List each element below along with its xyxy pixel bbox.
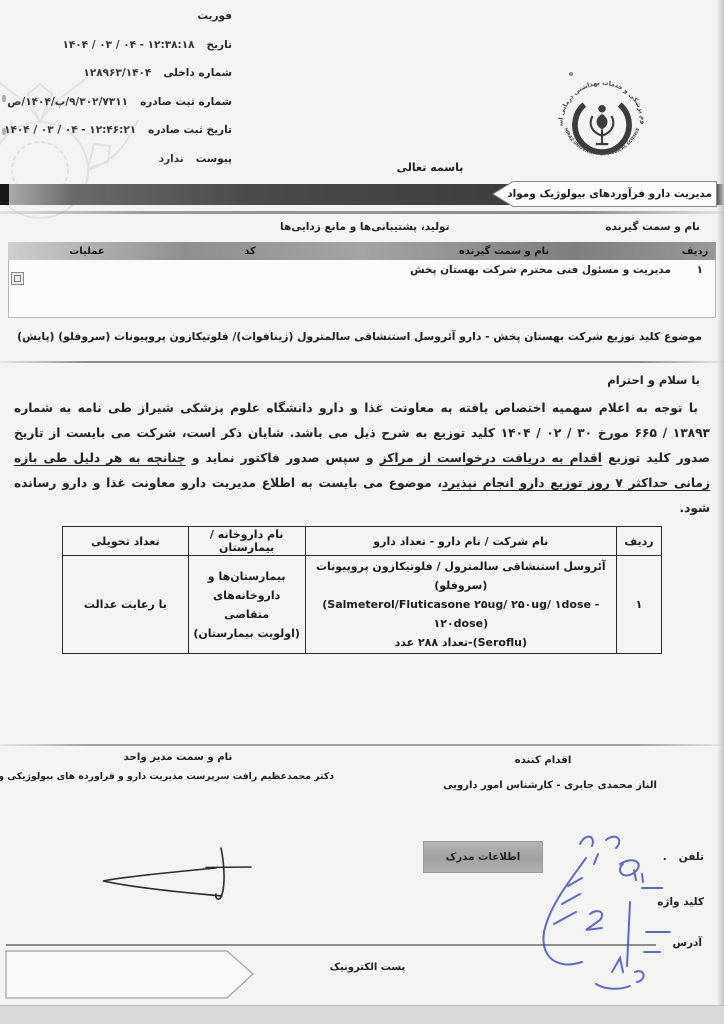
basmala-text: باسمه تعالی xyxy=(380,161,480,174)
drug-table-header-row: ردیف نام شرکت / نام دارو - تعداد دارو نا… xyxy=(63,527,662,556)
drug-col-pharmacy: نام داروخانه / بیمارستان xyxy=(188,527,305,556)
banner-underline xyxy=(0,211,724,214)
recipient-table: ردیف نام و سمت گیرنده کد عملیات ۱ مدیریت… xyxy=(8,242,716,318)
subject-line: موضوع کلید توزیع شرکت بهستان پخش - دارو … xyxy=(17,330,702,343)
email-label: پست الکترونیک xyxy=(325,962,410,973)
pharmacy-line-2: داروخانه‌های متقاضی xyxy=(190,586,304,624)
reg-no-value: ۹/۳۰۲/۷۳۱۱/پ/۱۴۰۴/ص xyxy=(7,96,128,108)
internal-no-value: ۱۲۸۹۶۳/۱۴۰۴ xyxy=(83,67,151,79)
attachment-label: پیوست xyxy=(196,153,232,165)
recipient-table-header: ردیف نام و سمت گیرنده کد عملیات xyxy=(8,242,716,260)
letter-meta-block: فوریت تاریخ ۱۴۰۴ / ۰۳ / ۰۴ - ۱۲:۳۸:۱۸ شم… xyxy=(14,2,232,173)
reg-date-value: ۱۴۰۴ / ۰۳ / ۰۴ - ۱۲:۴۶:۲۱ xyxy=(4,124,136,136)
department-banner: مدیریت دارو فرآوردهای بیولوژیک ومواد xyxy=(492,180,718,208)
phone-label: تلفن xyxy=(679,851,704,863)
university-seal-icon: دانشگاه علوم پزشکی و خدمات بهداشتی درمان… xyxy=(550,64,654,168)
document-info-button[interactable]: اطلاعات مدرک xyxy=(423,841,543,873)
attachment-value: ندارد xyxy=(159,153,184,165)
banner-left-notch xyxy=(0,184,9,205)
drug-distribution-table: ردیف نام شرکت / نام دارو - تعداد دارو نا… xyxy=(62,526,662,654)
university-seal: دانشگاه علوم پزشکی و خدمات بهداشتی درمان… xyxy=(550,64,654,168)
recipient-section-label: نام و سمت گیرنده xyxy=(605,221,700,233)
body-seg-2-underlined: اقدام به دریافت درخواست از مراکز xyxy=(380,451,602,465)
manager-label: نام و سمت مدیر واحد xyxy=(28,752,328,763)
meta-row-date: تاریخ ۱۴۰۴ / ۰۳ / ۰۴ - ۱۲:۳۸:۱۸ xyxy=(14,31,232,60)
row-action-checkbox-icon[interactable] xyxy=(11,272,24,285)
scan-speck xyxy=(2,128,6,135)
meta-row-attachment: پیوست ندارد xyxy=(14,145,232,174)
body-seg-3: و سپس صدور فاکتور نماید و xyxy=(186,451,380,465)
col-row-number: ردیف xyxy=(674,246,716,257)
body-paragraph: با توجه به اعلام سهمیه اختصاص یافته به م… xyxy=(14,396,710,521)
date-value: ۱۴۰۴ / ۰۳ / ۰۴ - ۱۲:۳۸:۱۸ xyxy=(62,39,194,51)
scan-edge-right xyxy=(717,0,724,1024)
drug-col-company-drug: نام شرکت / نام دارو - تعداد دارو xyxy=(305,527,616,556)
drug-row-number: ۱ xyxy=(617,556,662,654)
internal-no-label: شماره داخلی xyxy=(163,67,232,79)
executor-name: الناز محمدی جابری - کارشناس امور دارویی xyxy=(425,780,675,791)
manager-signature-handwritten xyxy=(88,840,263,910)
drug-row-qty: با رعایت عدالت xyxy=(63,556,189,654)
recipient-row-name: مدیریت و مسئول فنی محترم شرکت بهستان پخش xyxy=(410,264,671,276)
scan-speck xyxy=(2,95,6,102)
meta-row-urgency: فوریت xyxy=(14,2,232,31)
empty-arrow-box xyxy=(5,950,257,999)
executor-signature-handwritten xyxy=(528,826,678,996)
reg-date-label: تاریخ ثبت صادره xyxy=(148,124,232,136)
drug-name-en: (Salmeterol/Fluticasone ۲۵ug/ ۲۵۰ug/ ۱do… xyxy=(307,595,615,633)
recipient-row-number: ۱ xyxy=(697,264,703,276)
urgency-label: فوریت xyxy=(197,10,232,22)
drug-row-drug-cell: آئروسل استنشاقی سالمترول / فلوتیکازون پر… xyxy=(305,556,616,654)
executor-label: اقدام کننده xyxy=(468,755,618,766)
drug-brand-qty: (Seroflu)-تعداد ۲۸۸ عدد xyxy=(307,633,615,652)
meta-row-reg-date: تاریخ ثبت صادره ۱۴۰۴ / ۰۳ / ۰۴ - ۱۲:۴۶:۲… xyxy=(14,116,232,145)
recipient-table-row: ۱ مدیریت و مسئول فنی محترم شرکت بهستان پ… xyxy=(8,260,716,318)
col-actions: عملیات xyxy=(8,246,166,257)
divider xyxy=(0,744,724,746)
col-code: کد xyxy=(166,246,334,257)
col-recipient-name: نام و سمت گیرنده xyxy=(334,246,674,257)
reg-no-label: شماره ثبت صادره xyxy=(140,96,232,108)
divider xyxy=(0,361,724,363)
banner-title: مدیریت دارو فرآوردهای بیولوژیک ومواد xyxy=(514,180,712,208)
drug-col-qty: تعداد تحویلی xyxy=(63,527,189,556)
drug-table-row: ۱ آئروسل استنشاقی سالمترول / فلوتیکازون … xyxy=(63,556,662,654)
drug-row-pharmacy-cell: بیمارستان‌ها و داروخانه‌های متقاضی (اولو… xyxy=(188,556,305,654)
greeting-line: با سلام و احترام xyxy=(607,373,700,387)
scan-edge-bottom xyxy=(0,1005,724,1024)
pharmacy-line-1: بیمارستان‌ها و xyxy=(190,567,304,586)
department-section-label: تولید، پشتیبانی‌ها و مانع زدایی‌ها xyxy=(280,221,450,233)
date-label: تاریخ xyxy=(207,39,232,51)
pharmacy-line-3: (اولویت بیمارستان) xyxy=(190,624,304,643)
manager-name: دکتر محمدعظیم رافت سرپرست مدیریت دارو و … xyxy=(4,771,334,782)
drug-name-fa: آئروسل استنشاقی سالمترول / فلوتیکازون پر… xyxy=(307,557,615,595)
meta-row-internal-no: شماره داخلی ۱۲۸۹۶۳/۱۴۰۴ xyxy=(14,59,232,88)
scanned-letter-page: فوریت تاریخ ۱۴۰۴ / ۰۳ / ۰۴ - ۱۲:۳۸:۱۸ شم… xyxy=(0,0,724,1024)
meta-row-reg-no: شماره ثبت صادره ۹/۳۰۲/۷۳۱۱/پ/۱۴۰۴/ص xyxy=(14,88,232,117)
drug-col-row-number: ردیف xyxy=(617,527,662,556)
